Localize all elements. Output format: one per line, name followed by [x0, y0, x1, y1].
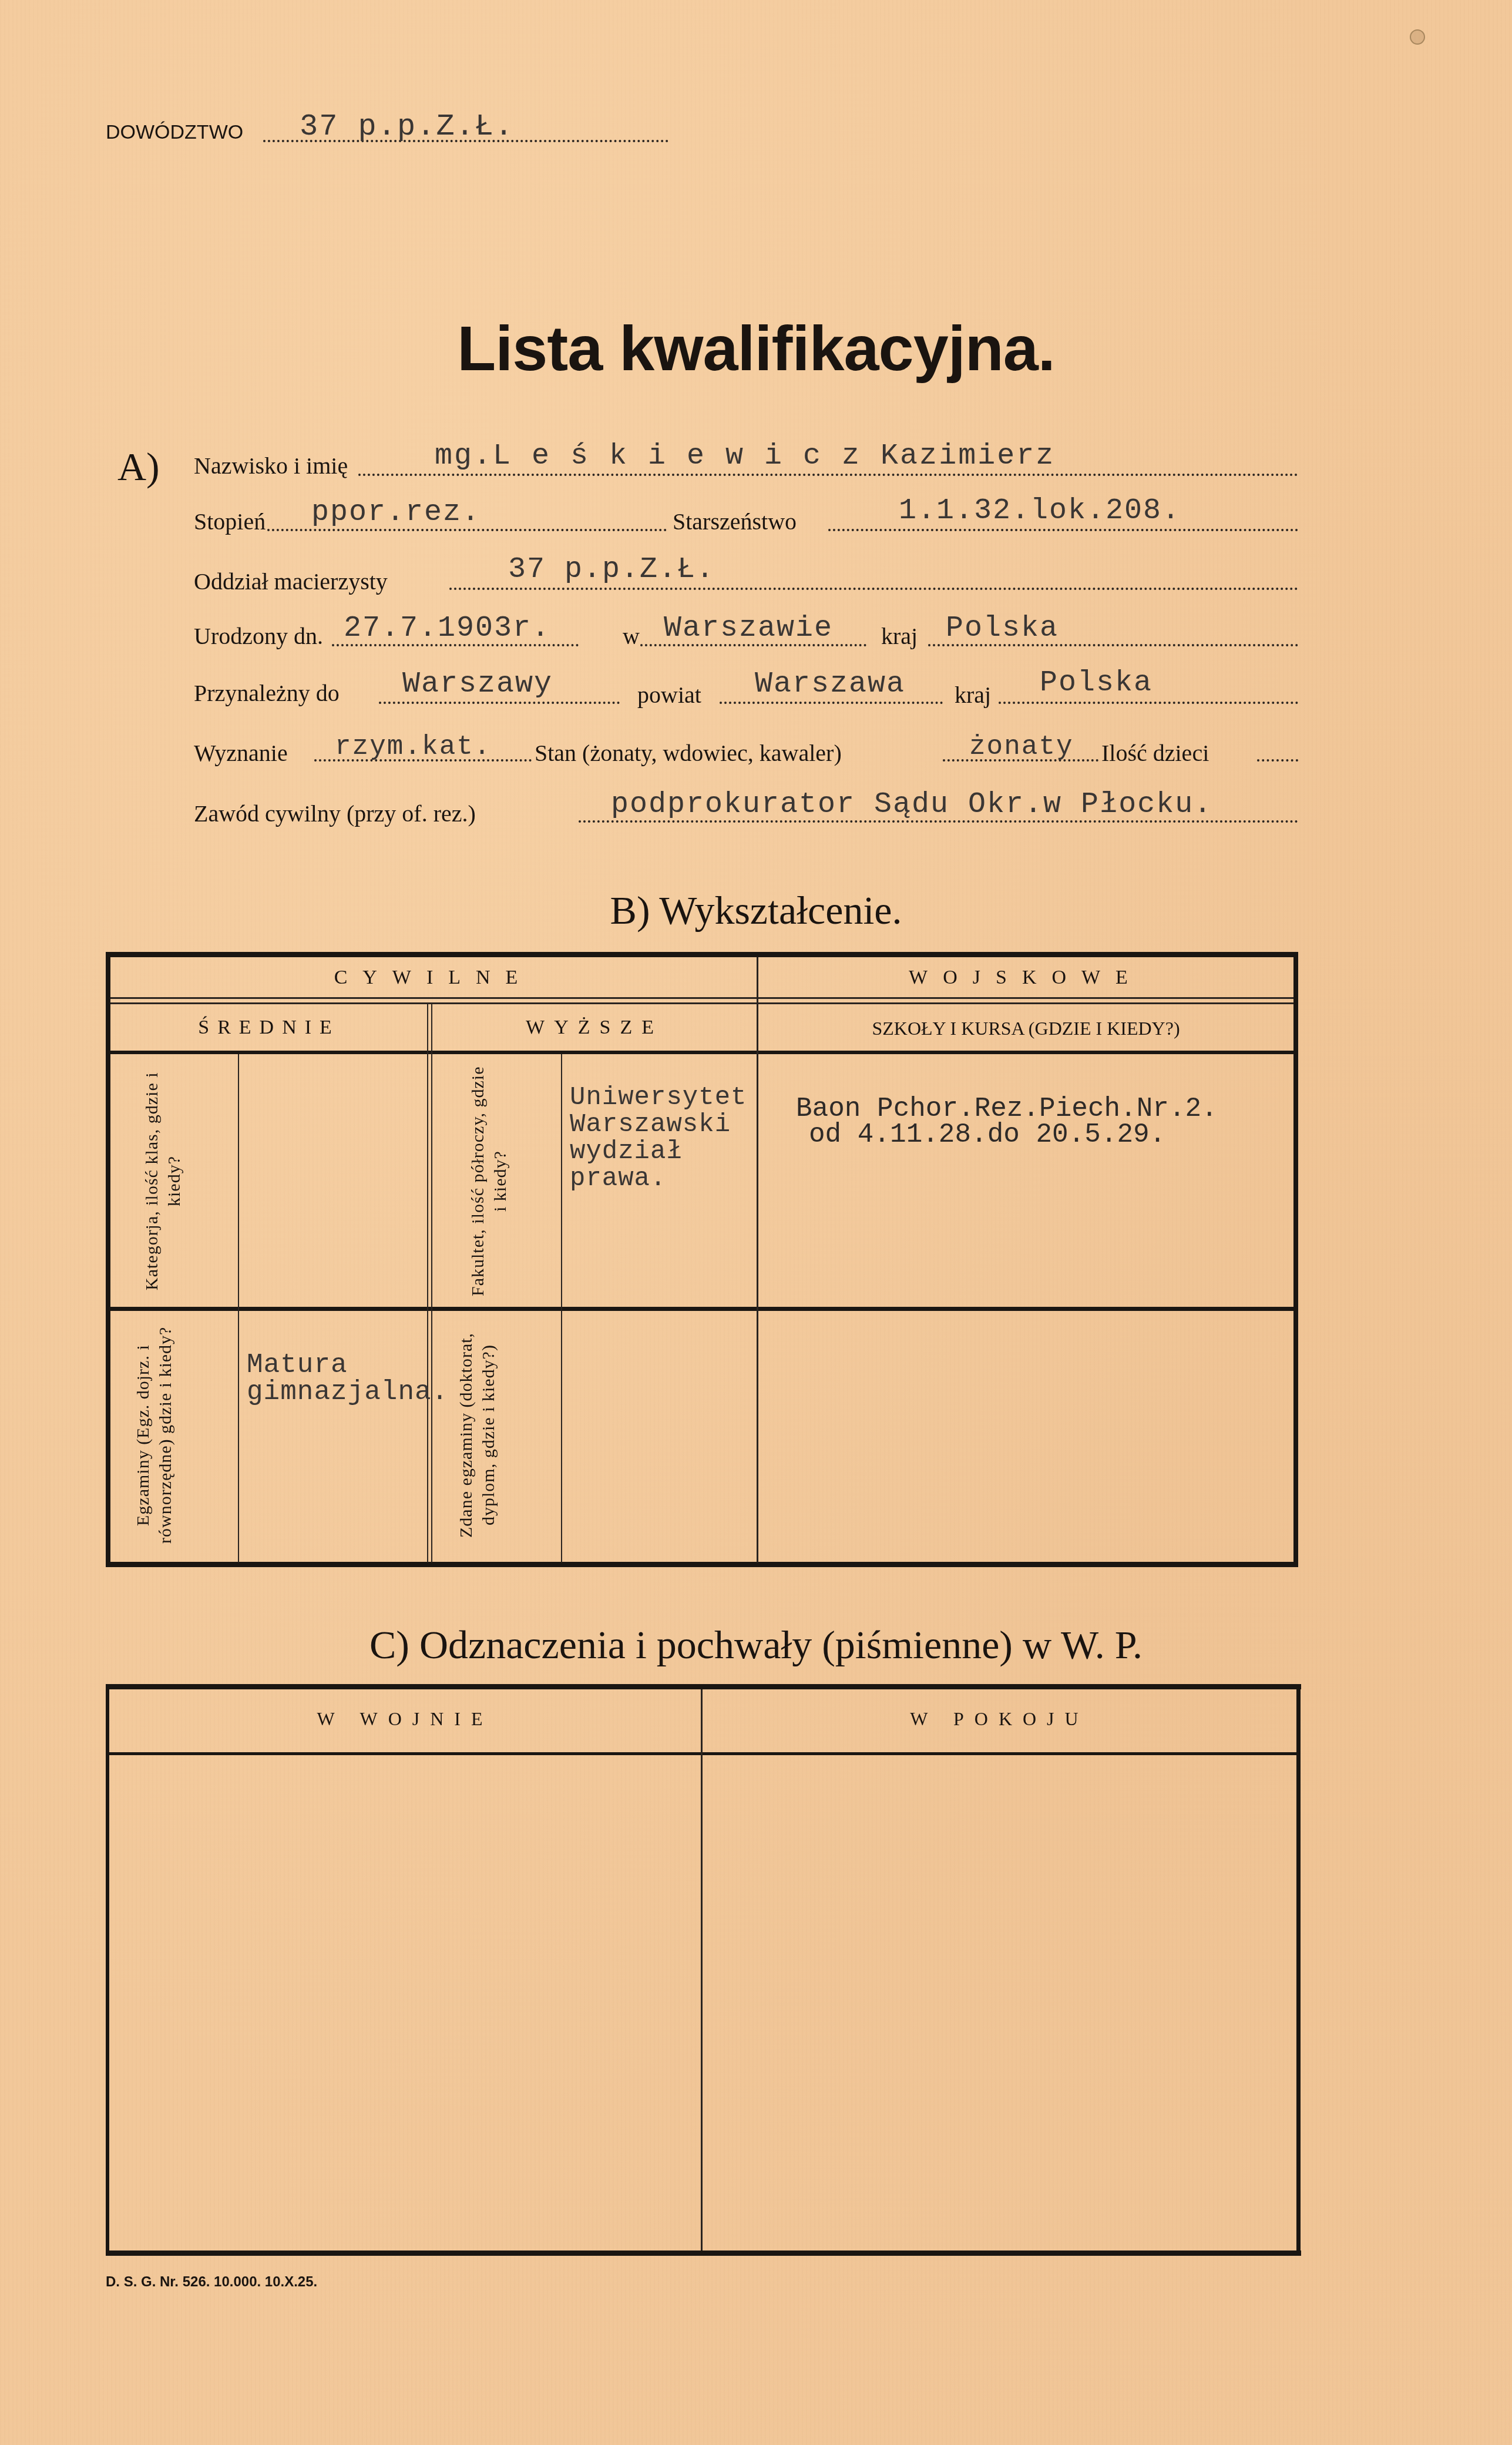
exam-line: gimnazjalna.	[247, 1379, 448, 1406]
secondary-higher-divider-b	[431, 1004, 432, 1562]
higher-line: wydział	[570, 1138, 747, 1165]
higher-line: Uniwersytet	[570, 1084, 747, 1111]
war-decorations-field[interactable]	[112, 1758, 699, 2249]
belongs-label: Przynależny do	[194, 682, 340, 705]
district-field[interactable]: Warszawa	[755, 670, 905, 699]
header-double-rule-2	[110, 1002, 1293, 1004]
subheader-rule	[110, 1051, 1293, 1054]
punch-hole	[1410, 29, 1425, 45]
secondary-category-field[interactable]	[241, 1058, 426, 1304]
c-column-divider	[701, 1689, 703, 2251]
occupation-field[interactable]: podprokurator Sądu Okr.w Płocku.	[611, 790, 1212, 820]
unit-label: Oddział macierzysty	[194, 570, 388, 593]
religion-label: Wyznanie	[194, 742, 288, 765]
born-place-field[interactable]: Warszawie	[664, 614, 833, 643]
status-field[interactable]: żonaty	[969, 733, 1074, 760]
children-label: Ilość dzieci	[1101, 742, 1209, 765]
higher-faculty-label: Fakultet, ilość półroczy, gdzie i kiedy?	[467, 1064, 543, 1299]
military-line: Baon Pchor.Rez.Piech.Nr.2.	[796, 1096, 1218, 1122]
secondary-header: ŚREDNIE	[110, 1017, 428, 1039]
peace-decorations-field[interactable]	[705, 1758, 1295, 2249]
section-b-heading: B) Wykształcenie.	[0, 887, 1512, 934]
belongs-line	[379, 702, 620, 704]
district-line	[720, 702, 943, 704]
section-a-marker: A)	[117, 444, 160, 490]
belongs-country-label: kraj	[955, 683, 991, 707]
c-header-rule	[109, 1752, 1296, 1755]
table-top-border	[106, 952, 1298, 957]
higher-line: Warszawski	[570, 1111, 747, 1138]
higher-exams-label: Zdane egzaminy (doktorat, dyplom, gdzie …	[455, 1316, 549, 1554]
military-line: od 4.11.28.do 20.5.29.	[796, 1122, 1218, 1148]
name-field[interactable]: mg.L e ś k i e w i c z Kazimierz	[435, 442, 1055, 471]
command-value[interactable]: 37 p.p.Z.Ł.	[300, 112, 514, 142]
secondary-higher-divider-a	[427, 1004, 428, 1562]
secondary-label-divider	[238, 1054, 239, 1562]
c-table-bottom-border	[106, 2251, 1301, 2256]
schools-header: SZKOŁY I KURSA (GDZIE I KIEDY?)	[758, 1018, 1293, 1039]
secondary-category-label: Kategorja, ilość klas, gdzie i kiedy?	[141, 1064, 217, 1299]
header-double-rule-1	[110, 997, 1293, 999]
higher-faculty-field[interactable]: Uniwersytet Warszawski wydział prawa.	[570, 1084, 747, 1192]
born-in-label: w	[623, 625, 640, 648]
unit-line	[449, 588, 1298, 590]
rank-field[interactable]: ppor.rez.	[311, 498, 481, 528]
religion-field[interactable]: rzym.kat.	[335, 733, 491, 760]
c-table-left-border	[106, 1684, 109, 2254]
born-date-field[interactable]: 27.7.1903r.	[344, 614, 550, 643]
higher-exams-field[interactable]	[564, 1313, 755, 1560]
page-title: Lista kwalifikacyjna.	[0, 311, 1512, 385]
children-line	[1257, 759, 1298, 762]
belongs-country-line	[999, 702, 1298, 704]
command-label: DOWÓDZTWO	[106, 122, 243, 142]
print-code: D. S. G. Nr. 526. 10.000. 10.X.25.	[106, 2274, 317, 2290]
row-divider-rule	[110, 1307, 1293, 1311]
c-table-top-border	[106, 1684, 1301, 1689]
occupation-label: Zawód cywilny (przy of. rez.)	[194, 802, 476, 826]
civil-military-divider	[757, 957, 758, 1562]
born-country-field[interactable]: Polska	[946, 614, 1059, 643]
higher-line: prawa.	[570, 1165, 747, 1192]
belongs-field[interactable]: Warszawy	[402, 670, 553, 699]
unit-field[interactable]: 37 p.p.Z.Ł.	[508, 555, 715, 585]
born-country-label: kraj	[881, 625, 918, 648]
secondary-exams-label: Egzaminy (Egz. dojrz. i równorzędne) gdz…	[132, 1316, 220, 1554]
table-left-border	[106, 952, 110, 1566]
secondary-exams-field[interactable]: Matura gimnazjalna.	[247, 1351, 448, 1406]
seniority-field[interactable]: 1.1.32.lok.208.	[899, 497, 1181, 526]
section-c-heading: C) Odznaczenia i pochwały (piśmienne) w …	[0, 1622, 1512, 1668]
seniority-line	[828, 529, 1298, 531]
higher-header: WYŻSZE	[432, 1017, 757, 1039]
war-header: W WOJNIE	[109, 1708, 701, 1730]
military-schools-field[interactable]: Baon Pchor.Rez.Piech.Nr.2. od 4.11.28.do…	[796, 1096, 1218, 1148]
born-label: Urodzony dn.	[194, 625, 323, 648]
table-bottom-border	[106, 1562, 1298, 1567]
district-label: powiat	[637, 683, 701, 707]
status-label: Stan (żonaty, wdowiec, kawaler)	[535, 742, 842, 765]
civil-header: CYWILNE	[110, 967, 757, 989]
military-header: WOJSKOWE	[758, 967, 1293, 989]
name-label: Nazwisko i imię	[194, 454, 348, 478]
c-table-right-border	[1296, 1684, 1301, 2254]
belongs-country-field[interactable]: Polska	[1040, 669, 1153, 698]
rank-label: Stopień	[194, 510, 266, 534]
table-right-border	[1293, 952, 1298, 1566]
higher-label-divider	[561, 1054, 562, 1562]
seniority-label: Starszeństwo	[673, 510, 797, 534]
exam-line: Matura	[247, 1351, 448, 1379]
name-line	[358, 474, 1298, 476]
peace-header: W POKOJU	[703, 1708, 1296, 1730]
